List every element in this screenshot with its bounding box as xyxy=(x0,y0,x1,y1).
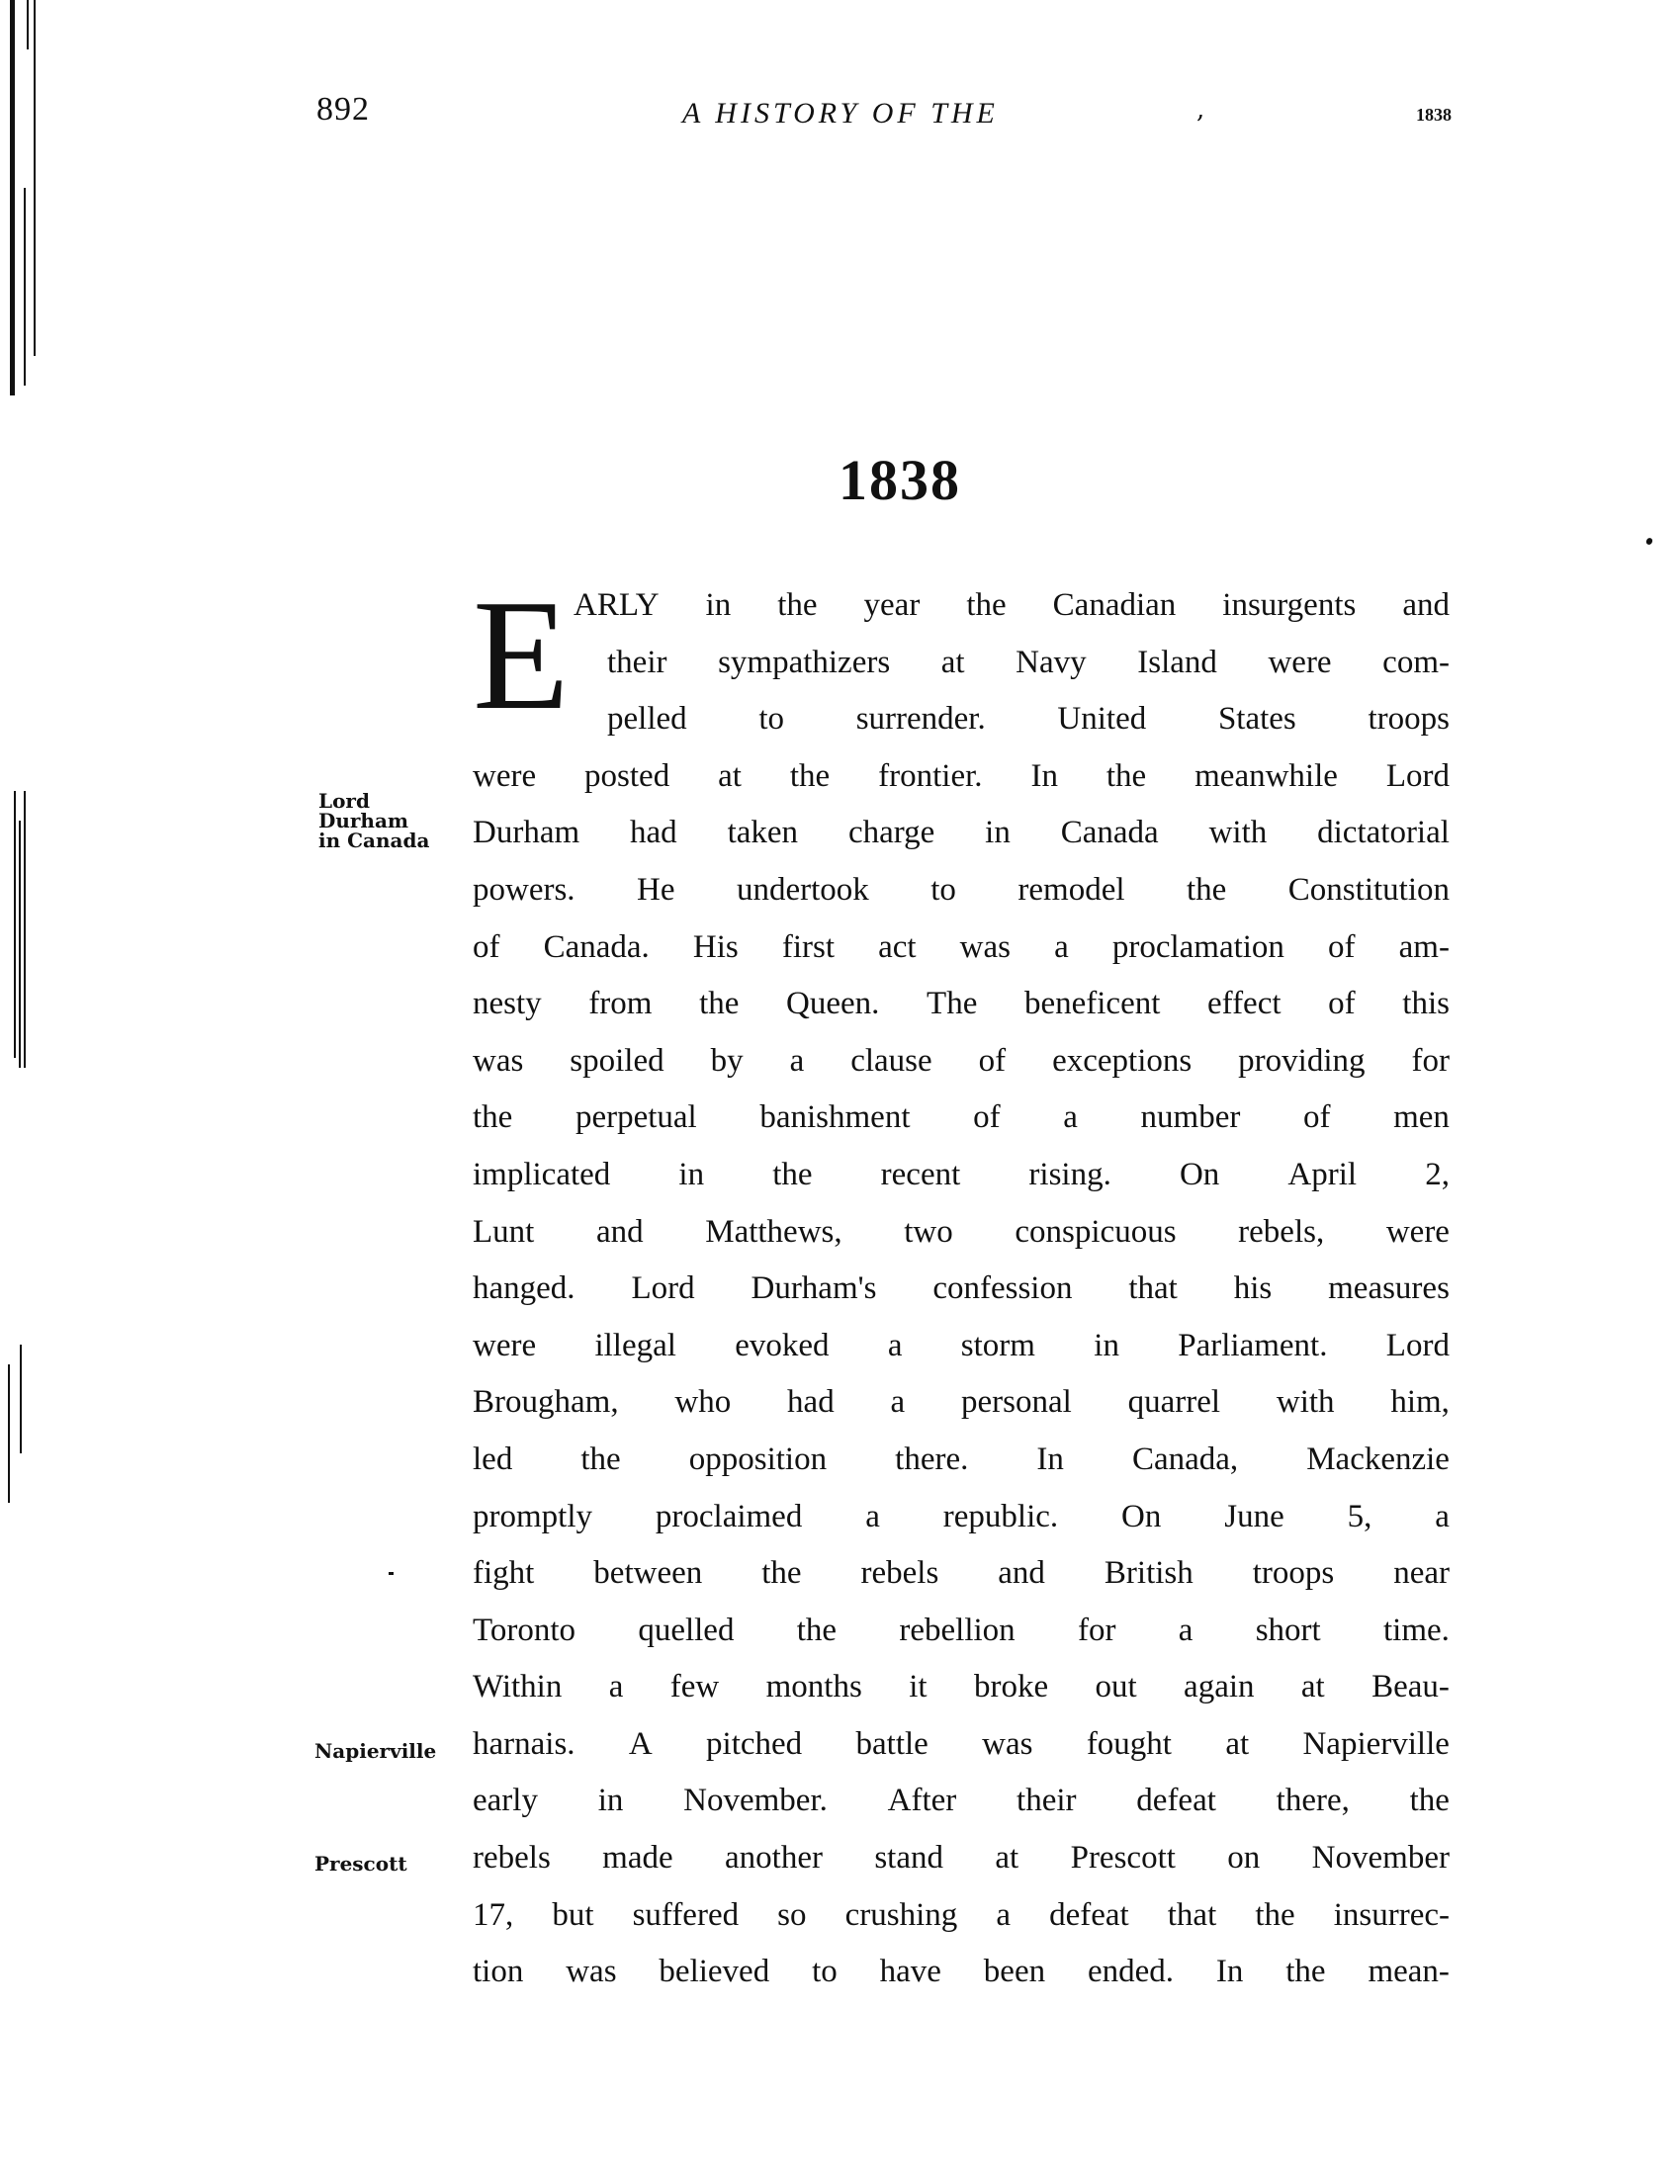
word: meanwhile xyxy=(1194,748,1338,806)
word: a xyxy=(865,1489,880,1546)
word: tion xyxy=(473,1944,523,2001)
word: He xyxy=(637,862,674,919)
word: taken xyxy=(728,805,798,862)
word: dictatorial xyxy=(1317,805,1450,862)
word: believed xyxy=(659,1944,769,2001)
scan-edge-line xyxy=(10,0,15,395)
word: recent xyxy=(881,1147,961,1204)
word: were xyxy=(473,1318,536,1375)
word: beneficent xyxy=(1024,976,1160,1033)
margin-note-line: in Canada xyxy=(318,830,429,850)
word: November xyxy=(1312,1830,1450,1887)
word: the xyxy=(777,577,817,635)
word: so xyxy=(777,1887,806,1945)
word: number xyxy=(1141,1090,1241,1147)
word: men xyxy=(1393,1090,1450,1147)
word: time. xyxy=(1383,1603,1450,1660)
word: mean- xyxy=(1368,1944,1449,2001)
word: of xyxy=(1303,1090,1331,1147)
word: the xyxy=(473,1090,512,1147)
page-number: 892 xyxy=(316,91,370,129)
word: were xyxy=(1268,635,1331,692)
word: On xyxy=(1121,1489,1161,1546)
word: Napierville xyxy=(1302,1716,1449,1774)
word: surrender. xyxy=(856,691,986,748)
word: been xyxy=(984,1944,1045,2001)
word: measures xyxy=(1328,1261,1450,1318)
word: undertook xyxy=(737,862,869,919)
margin-note-napierville: Napierville xyxy=(314,1741,436,1761)
word: 5, xyxy=(1348,1489,1372,1546)
chapter-year-heading: 1838 xyxy=(0,447,1680,513)
word: months xyxy=(766,1659,862,1716)
word: by xyxy=(711,1033,744,1091)
word: on xyxy=(1227,1830,1260,1887)
word: proclamation xyxy=(1112,919,1284,977)
book-page: 892 A HISTORY OF THE , 1838 1838 Lord Du… xyxy=(0,0,1680,2184)
word: insurrec- xyxy=(1334,1887,1450,1945)
word: was xyxy=(960,919,1011,977)
word: a xyxy=(1054,919,1069,977)
word: Canada, xyxy=(1132,1432,1238,1489)
text-line: earlyinNovember.Aftertheirdefeatthere,th… xyxy=(473,1773,1450,1830)
text-line: pelledtosurrender.UnitedStatestroops xyxy=(473,691,1450,748)
word: quarrel xyxy=(1128,1374,1220,1432)
word: for xyxy=(1411,1033,1449,1091)
word: it xyxy=(909,1659,927,1716)
word: pitched xyxy=(706,1716,802,1774)
scan-edge-line xyxy=(24,791,26,1068)
word: rising. xyxy=(1028,1147,1110,1204)
word: proclaimed xyxy=(656,1489,802,1546)
word: Durham xyxy=(473,805,579,862)
word: the xyxy=(790,748,830,806)
word: made xyxy=(602,1830,672,1887)
word: of xyxy=(979,1033,1007,1091)
word: powers. xyxy=(473,862,575,919)
text-line: ofCanada.Hisfirstactwasaproclamationofam… xyxy=(473,919,1450,977)
word: a xyxy=(790,1033,805,1091)
word: from xyxy=(588,976,652,1033)
text-line: wereillegalevokedastorminParliament.Lord xyxy=(473,1318,1450,1375)
word: short xyxy=(1256,1603,1321,1660)
word: a xyxy=(609,1659,624,1716)
word: there, xyxy=(1277,1773,1350,1830)
word: nesty xyxy=(473,976,542,1033)
word: implicated xyxy=(473,1147,610,1204)
word: pelled xyxy=(607,691,687,748)
text-line: theperpetualbanishmentofanumberofmen xyxy=(473,1090,1450,1147)
word: a xyxy=(1063,1090,1078,1147)
word: Canada xyxy=(1061,805,1159,862)
word: was xyxy=(982,1716,1032,1774)
word: Lunt xyxy=(473,1204,534,1262)
word: with xyxy=(1209,805,1268,862)
word: in xyxy=(598,1773,624,1830)
word: Mackenzie xyxy=(1306,1432,1450,1489)
word: in xyxy=(706,577,732,635)
word: promptly xyxy=(473,1489,592,1546)
word: On xyxy=(1180,1147,1219,1204)
text-line: Brougham,whohadapersonalquarrelwithhim, xyxy=(473,1374,1450,1432)
word: quelled xyxy=(638,1603,734,1660)
text-line: fightbetweentherebelsandBritishtroopsnea… xyxy=(473,1545,1450,1603)
word: in xyxy=(678,1147,704,1204)
word: storm xyxy=(961,1318,1035,1375)
scan-edge-line xyxy=(19,821,21,1068)
word: exceptions xyxy=(1052,1033,1192,1091)
word: In xyxy=(1216,1944,1244,2001)
word: another xyxy=(725,1830,823,1887)
text-line: wasspoiledbyaclauseofexceptionsproviding… xyxy=(473,1033,1450,1091)
word: of xyxy=(973,1090,1001,1147)
scan-edge-line xyxy=(14,791,16,1058)
word: am- xyxy=(1399,919,1450,977)
word: at xyxy=(995,1830,1018,1887)
word: troops xyxy=(1253,1545,1335,1603)
text-line: ledtheoppositionthere.InCanada,Mackenzie xyxy=(473,1432,1450,1489)
word: April xyxy=(1287,1147,1357,1204)
word: at xyxy=(941,635,965,692)
drop-cap: E xyxy=(473,585,552,714)
text-line: WithinafewmonthsitbrokeoutagainatBeau- xyxy=(473,1659,1450,1716)
word: Parliament. xyxy=(1178,1318,1327,1375)
word: troops xyxy=(1368,691,1450,748)
word: at xyxy=(1225,1716,1249,1774)
word: to xyxy=(758,691,784,748)
text-line: nestyfromtheQueen.Thebeneficenteffectoft… xyxy=(473,976,1450,1033)
word: After xyxy=(888,1773,957,1830)
word: stand xyxy=(874,1830,943,1887)
word: to xyxy=(812,1944,838,2001)
word: of xyxy=(1328,976,1356,1033)
word: fought xyxy=(1087,1716,1172,1774)
text-line: implicatedintherecentrising.OnApril2, xyxy=(473,1147,1450,1204)
running-head-mark: , xyxy=(1196,95,1204,125)
word: there. xyxy=(895,1432,968,1489)
word: have xyxy=(880,1944,941,2001)
word: providing xyxy=(1238,1033,1365,1091)
word: few xyxy=(670,1659,719,1716)
word: evoked xyxy=(735,1318,829,1375)
word: but xyxy=(552,1887,593,1945)
scan-edge-line xyxy=(27,0,29,49)
body-paragraph: E ARLYintheyeartheCanadianinsurgentsand … xyxy=(473,577,1450,2001)
word: the xyxy=(699,976,739,1033)
word: the xyxy=(772,1147,812,1204)
word: their xyxy=(607,635,666,692)
word: that xyxy=(1128,1261,1177,1318)
word: defeat xyxy=(1136,1773,1216,1830)
word: Brougham, xyxy=(473,1374,619,1432)
word: was xyxy=(473,1033,523,1091)
word: conspicuous xyxy=(1015,1204,1176,1262)
word: for xyxy=(1078,1603,1115,1660)
word: confession xyxy=(932,1261,1072,1318)
word: In xyxy=(1030,748,1058,806)
word: Lord xyxy=(631,1261,694,1318)
word: of xyxy=(473,919,500,977)
text-line: DurhamhadtakenchargeinCanadawithdictator… xyxy=(473,805,1450,862)
word: the xyxy=(966,577,1006,635)
word: were xyxy=(1386,1204,1450,1262)
word: harnais. xyxy=(473,1716,575,1774)
word: a xyxy=(1435,1489,1450,1546)
word: rebellion xyxy=(899,1603,1015,1660)
text-line: werepostedatthefrontier.InthemeanwhileLo… xyxy=(473,748,1450,806)
word: clause xyxy=(850,1033,931,1091)
word: the xyxy=(580,1432,620,1489)
word: rebels xyxy=(861,1545,939,1603)
word: out xyxy=(1095,1659,1136,1716)
margin-note-line: Durham xyxy=(318,811,429,830)
word: two xyxy=(904,1204,953,1262)
word: republic. xyxy=(943,1489,1058,1546)
word: illegal xyxy=(594,1318,675,1375)
word: opposition xyxy=(689,1432,827,1489)
word: November. xyxy=(683,1773,828,1830)
word: frontier. xyxy=(878,748,982,806)
word: at xyxy=(718,748,742,806)
margin-note-lord-durham: Lord Durham in Canada xyxy=(318,791,429,850)
word: were xyxy=(473,748,536,806)
word: between xyxy=(593,1545,702,1603)
word: a xyxy=(891,1374,906,1432)
word: ended. xyxy=(1088,1944,1174,2001)
word: Matthews, xyxy=(705,1204,841,1262)
word: personal xyxy=(961,1374,1072,1432)
text-line: Torontoquelledtherebellionforashorttime. xyxy=(473,1603,1450,1660)
word: ARLY xyxy=(574,577,660,635)
word: the xyxy=(1255,1887,1294,1945)
word: led xyxy=(473,1432,512,1489)
word: Constitution xyxy=(1288,862,1450,919)
word: Queen. xyxy=(786,976,879,1033)
word: United xyxy=(1057,691,1146,748)
stray-dash-mark xyxy=(389,1572,394,1575)
word: again xyxy=(1184,1659,1254,1716)
word: hanged. xyxy=(473,1261,575,1318)
text-line: 17,butsufferedsocrushingadefeatthatthein… xyxy=(473,1887,1450,1945)
running-head: 892 A HISTORY OF THE , 1838 xyxy=(0,91,1680,140)
word: that xyxy=(1168,1887,1216,1945)
word: Canada. xyxy=(544,919,650,977)
word: A xyxy=(629,1716,653,1774)
word: Prescott xyxy=(1071,1830,1176,1887)
word: Lord xyxy=(1386,1318,1450,1375)
word: insurgents xyxy=(1222,577,1356,635)
scan-edge-line xyxy=(24,188,26,386)
word: defeat xyxy=(1049,1887,1129,1945)
word: a xyxy=(996,1887,1011,1945)
word: his xyxy=(1234,1261,1273,1318)
word: a xyxy=(1179,1603,1194,1660)
word: remodel xyxy=(1017,862,1124,919)
text-line: tionwasbelievedtohavebeenended.Inthemean… xyxy=(473,1944,1450,2001)
word: Durham's xyxy=(751,1261,876,1318)
word: who xyxy=(674,1374,731,1432)
word: had xyxy=(787,1374,835,1432)
word: 17, xyxy=(473,1887,513,1945)
word: effect xyxy=(1207,976,1282,1033)
word: British xyxy=(1105,1545,1194,1603)
word: Beau- xyxy=(1371,1659,1450,1716)
word: battle xyxy=(856,1716,928,1774)
word: year xyxy=(864,577,921,635)
word: Canadian xyxy=(1053,577,1177,635)
word: and xyxy=(1402,577,1450,635)
word: posted xyxy=(584,748,669,806)
word: at xyxy=(1301,1659,1325,1716)
word: spoiled xyxy=(570,1033,663,1091)
word: a xyxy=(888,1318,903,1375)
text-line: powers.HeundertooktoremodeltheConstituti… xyxy=(473,862,1450,919)
word: His xyxy=(693,919,739,977)
word: Within xyxy=(473,1659,562,1716)
word: suffered xyxy=(633,1887,740,1945)
word: first xyxy=(782,919,835,977)
word: com- xyxy=(1382,635,1450,692)
running-title: A HISTORY OF THE xyxy=(682,97,999,131)
word: the xyxy=(1187,862,1226,919)
word: Lord xyxy=(1386,748,1450,806)
word: their xyxy=(1017,1773,1076,1830)
scan-edge-line xyxy=(8,1364,10,1503)
text-line: promptlyproclaimedarepublic.OnJune5,a xyxy=(473,1489,1450,1546)
word: banishment xyxy=(759,1090,910,1147)
word: in xyxy=(985,805,1011,862)
word: the xyxy=(797,1603,837,1660)
word: him, xyxy=(1390,1374,1450,1432)
word: Toronto xyxy=(473,1603,575,1660)
text-line: rebelsmadeanotherstandatPrescottonNovemb… xyxy=(473,1830,1450,1887)
word: fight xyxy=(473,1545,534,1603)
word: the xyxy=(1410,1773,1450,1830)
text-line: theirsympathizersatNavyIslandwerecom- xyxy=(473,635,1450,692)
word: of xyxy=(1328,919,1356,977)
scan-edge-line xyxy=(34,0,36,356)
word: Island xyxy=(1137,635,1217,692)
word: the xyxy=(761,1545,801,1603)
text-line: harnais.ApitchedbattlewasfoughtatNapierv… xyxy=(473,1716,1450,1774)
word: charge xyxy=(848,805,934,862)
word: 2, xyxy=(1425,1147,1450,1204)
word: June xyxy=(1224,1489,1284,1546)
word: this xyxy=(1402,976,1450,1033)
word: early xyxy=(473,1773,538,1830)
word: was xyxy=(566,1944,616,2001)
word: the xyxy=(1106,748,1146,806)
word: rebels, xyxy=(1238,1204,1324,1262)
word: In xyxy=(1036,1432,1064,1489)
word: in xyxy=(1094,1318,1119,1375)
word: crushing xyxy=(845,1887,958,1945)
text-line: LuntandMatthews,twoconspicuousrebels,wer… xyxy=(473,1204,1450,1262)
text-line: hanged.LordDurham'sconfessionthathismeas… xyxy=(473,1261,1450,1318)
word: rebels xyxy=(473,1830,551,1887)
word: perpetual xyxy=(575,1090,697,1147)
word: act xyxy=(878,919,916,977)
word: to xyxy=(930,862,956,919)
running-head-year: 1838 xyxy=(1416,105,1452,126)
word: and xyxy=(596,1204,644,1262)
text-line: ARLYintheyeartheCanadianinsurgentsand xyxy=(473,577,1450,635)
margin-note-line: Lord xyxy=(318,791,429,811)
stray-ink-mark xyxy=(1645,537,1654,546)
scan-edge-line xyxy=(20,1345,22,1453)
word: States xyxy=(1218,691,1296,748)
word: Navy xyxy=(1016,635,1086,692)
word: with xyxy=(1277,1374,1335,1432)
word: The xyxy=(927,976,977,1033)
word: broke xyxy=(974,1659,1048,1716)
word: had xyxy=(630,805,677,862)
margin-note-prescott: Prescott xyxy=(314,1854,407,1874)
word: sympathizers xyxy=(718,635,890,692)
word: near xyxy=(1393,1545,1450,1603)
word: the xyxy=(1285,1944,1325,2001)
word: and xyxy=(998,1545,1045,1603)
